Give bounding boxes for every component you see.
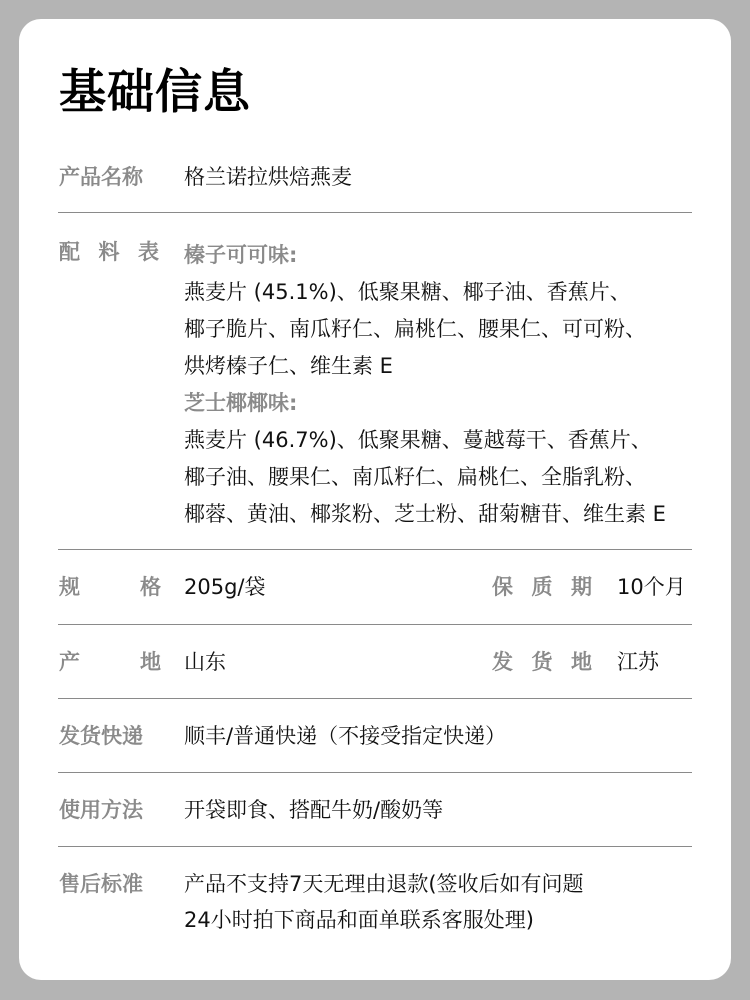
after-sales-line: 产品不支持7天无理由退款(签收后如有问题 (184, 866, 584, 902)
label-char: 期 (571, 572, 592, 602)
ship-from-label: 发 货 地 (492, 647, 592, 677)
divider (58, 698, 692, 699)
after-sales-line: 24小时拍下商品和面单联系客服处理) (184, 902, 584, 938)
info-card: 基础信息 产品名称 格兰诺拉烘焙燕麦 配 料 表 榛子可可味: 燕麦片 (45.… (19, 19, 731, 980)
shelf-life-label: 保 质 期 (492, 572, 592, 602)
usage-value: 开袋即食、搭配牛奶/酸奶等 (184, 795, 443, 825)
after-sales-value: 产品不支持7天无理由退款(签收后如有问题 24小时拍下商品和面单联系客服处理) (184, 866, 584, 938)
label-char: 质 (532, 572, 553, 602)
divider (58, 212, 692, 213)
divider (58, 549, 692, 550)
spec-label: 规 格 (59, 572, 161, 602)
ingredient-line: 椰子油、腰果仁、南瓜籽仁、扁桃仁、全脂乳粉、 (184, 459, 666, 496)
label-char: 保 (492, 572, 513, 602)
spec-value: 205g/袋 (184, 572, 266, 602)
usage-label: 使用方法 (59, 795, 161, 825)
product-name-value: 格兰诺拉烘焙燕麦 (184, 162, 352, 192)
divider (58, 772, 692, 773)
shelf-life-value: 10个月 (617, 572, 686, 602)
courier-value: 顺丰/普通快递（不接受指定快递） (184, 721, 506, 751)
ingredient-line: 燕麦片 (46.7%)、低聚果糖、蔓越莓干、香蕉片、 (184, 422, 666, 459)
label-char: 产 (59, 647, 80, 677)
label-char: 料 (99, 237, 120, 267)
label-char: 货 (532, 647, 553, 677)
product-name-label: 产品名称 (59, 162, 161, 192)
origin-label: 产 地 (59, 647, 161, 677)
label-char: 表 (138, 237, 159, 267)
flavor-name-cheese-coconut: 芝士椰椰味: (184, 385, 666, 422)
label-char: 配 (59, 237, 80, 267)
label-char: 规 (59, 572, 80, 602)
ingredients-list: 榛子可可味: 燕麦片 (45.1%)、低聚果糖、椰子油、香蕉片、 椰子脆片、南瓜… (184, 237, 666, 533)
ingredient-line: 烘烤榛子仁、维生素 E (184, 348, 666, 385)
divider (58, 846, 692, 847)
divider (58, 624, 692, 625)
ingredient-line: 椰蓉、黄油、椰浆粉、芝士粉、甜菊糖苷、维生素 E (184, 496, 666, 533)
origin-value: 山东 (184, 647, 226, 677)
label-char: 地 (571, 647, 592, 677)
page-title: 基础信息 (59, 63, 251, 123)
ingredient-line: 椰子脆片、南瓜籽仁、扁桃仁、腰果仁、可可粉、 (184, 311, 666, 348)
courier-label: 发货快递 (59, 721, 161, 751)
flavor-name-hazelnut-cocoa: 榛子可可味: (184, 237, 666, 274)
after-sales-label: 售后标准 (59, 869, 161, 899)
ship-from-value: 江苏 (617, 647, 659, 677)
ingredients-label: 配 料 表 (59, 237, 159, 267)
ingredient-line: 燕麦片 (45.1%)、低聚果糖、椰子油、香蕉片、 (184, 274, 666, 311)
label-char: 地 (140, 647, 161, 677)
label-char: 发 (492, 647, 513, 677)
label-char: 格 (140, 572, 161, 602)
